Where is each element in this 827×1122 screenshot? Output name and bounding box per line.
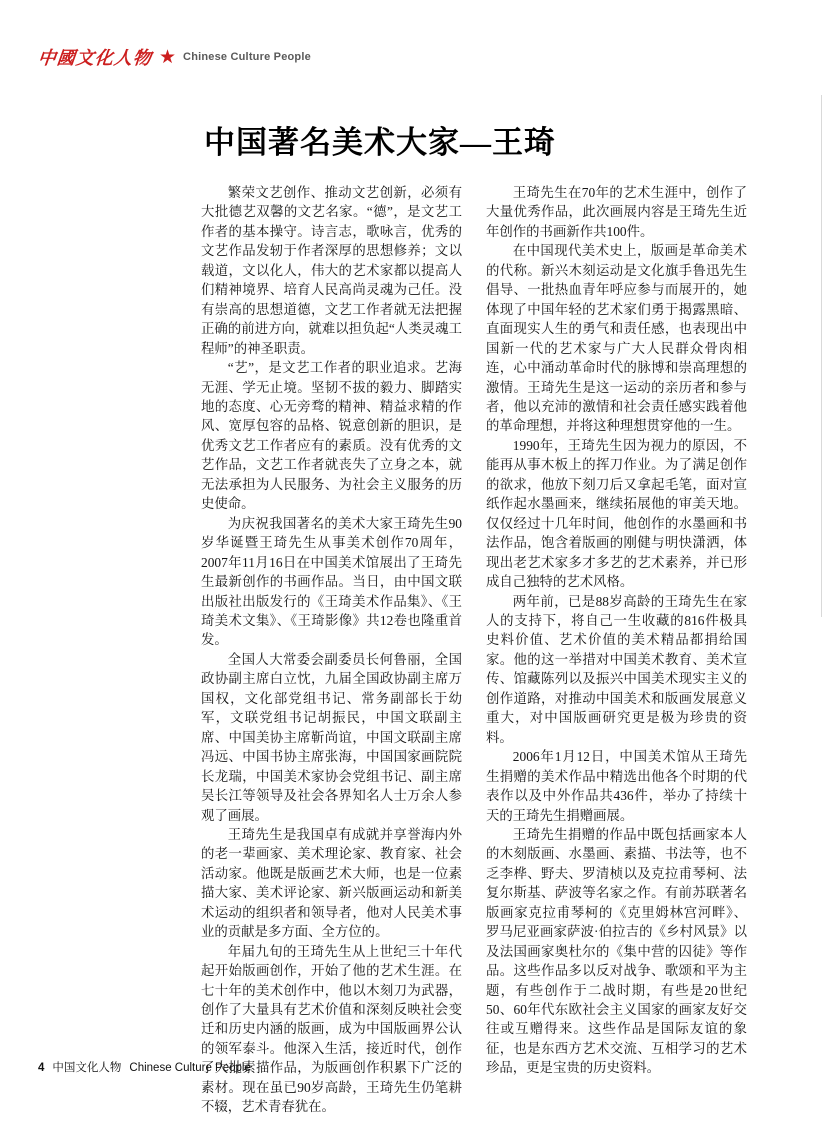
paragraph: 为庆祝我国著名的美术大家王琦先生90岁华诞暨王琦先生从事美术创作70周年，200… bbox=[201, 514, 462, 650]
paragraph: 年届九旬的王琦先生从上世纪三十年代起开始版画创作，开始了他的艺术生涯。在七十年的… bbox=[201, 942, 462, 1117]
paragraph: 2006年1月12日，中国美术馆从王琦先生捐赠的美术作品中精选出他各个时期的代表… bbox=[486, 747, 747, 825]
paragraph: 在中国现代美术史上，版画是革命美术的代称。新兴木刻运动是文化旗手鲁迅先生倡导、一… bbox=[486, 241, 747, 436]
paragraph: 1990年，王琦先生因为视力的原因，不能再从事木板上的挥刀作业。为了满足创作的欲… bbox=[486, 436, 747, 592]
page-edge-line bbox=[821, 95, 822, 617]
paragraph: 两年前，已是88岁高龄的王琦先生在家人的支持下，将自己一生收藏的816件极具史料… bbox=[486, 592, 747, 748]
paragraph: 王琦先生是我国卓有成就并享誉海内外的老一辈画家、美术理论家、教育家、社会活动家。… bbox=[201, 825, 462, 942]
paragraph: “艺”，是文艺工作者的职业追求。艺海无涯、学无止境。坚韧不拔的毅力、脚踏实地的态… bbox=[201, 358, 462, 514]
page-number: 4 bbox=[38, 1062, 44, 1074]
page-footer: 4 中国文化人物 Chinese Culture People bbox=[38, 1059, 251, 1075]
paragraph: 繁荣文艺创作、推动文艺创新，必须有大批德艺双馨的文艺名家。“德”，是文艺工作者的… bbox=[201, 183, 462, 358]
paragraph: 王琦先生捐赠的作品中既包括画家本人的木刻版画、水墨画、素描、书法等，也不乏李桦、… bbox=[486, 825, 747, 1078]
logo-english-text: Chinese Culture People bbox=[183, 51, 311, 63]
footer-text-en: Chinese Culture People bbox=[129, 1062, 250, 1074]
magazine-logo: 中國文化人物 ★ Chinese Culture People bbox=[38, 44, 311, 70]
logo-chinese-text: 中國文化人物 bbox=[37, 44, 154, 70]
star-icon: ★ bbox=[159, 48, 176, 67]
article-body: 繁荣文艺创作、推动文艺创新，必须有大批德艺双馨的文艺名家。“德”，是文艺工作者的… bbox=[201, 183, 747, 1117]
paragraph: 全国人大常委会副委员长何鲁丽，全国政协副主席白立忱，九届全国政协副主席万国权，文… bbox=[201, 650, 462, 825]
left-column: 繁荣文艺创作、推动文艺创新，必须有大批德艺双馨的文艺名家。“德”，是文艺工作者的… bbox=[201, 183, 462, 1117]
article-title: 中国著名美术大家—王琦 bbox=[204, 117, 556, 162]
right-column: 王琦先生在70年的艺术生涯中，创作了大量优秀作品，此次画展内容是王琦先生近年创作… bbox=[486, 183, 747, 1117]
footer-text-zh: 中国文化人物 bbox=[52, 1059, 121, 1075]
paragraph: 王琦先生在70年的艺术生涯中，创作了大量优秀作品，此次画展内容是王琦先生近年创作… bbox=[486, 183, 747, 241]
magazine-page: 中國文化人物 ★ Chinese Culture People 中国著名美术大家… bbox=[0, 0, 827, 1122]
